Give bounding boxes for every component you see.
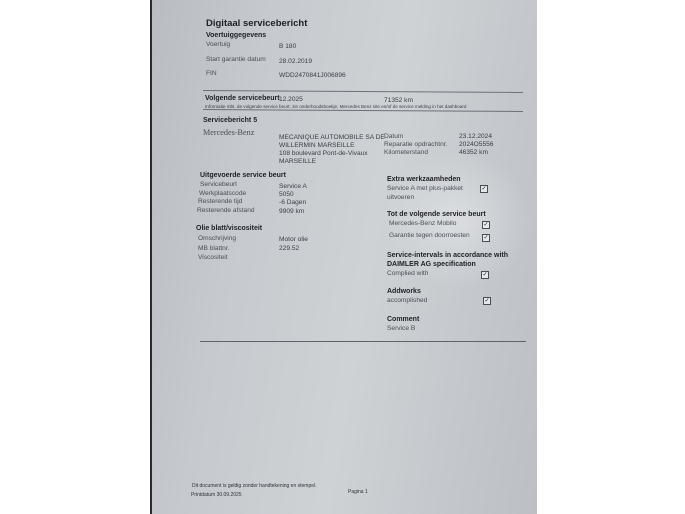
remaining-time-label: Resterende tijd bbox=[198, 198, 242, 205]
validity-note: Dit document is geldig zonder handtekeni… bbox=[192, 483, 317, 489]
vehicle-section-heading: Voertuiggegevens bbox=[206, 32, 266, 39]
intervals-heading-line-2: DAIMLER AG specification bbox=[387, 261, 476, 268]
section-divider bbox=[200, 341, 526, 342]
intervals-heading-line-1: Service-intervals in accordance with bbox=[387, 252, 508, 259]
extra-work-checkbox: ✓ bbox=[480, 185, 488, 193]
extra-work-heading: Extra werkzaamheden bbox=[387, 176, 461, 183]
service-type-value: Service A bbox=[279, 183, 307, 190]
mobilo-label: Mercedes-Benz Mobilo bbox=[389, 220, 456, 227]
viscosity-label: Viscositeit bbox=[198, 254, 228, 261]
fin-value: WDD2470841J006896 bbox=[279, 72, 346, 79]
mobilo-checkbox: ✓ bbox=[482, 221, 490, 229]
repair-order-value: 2024O5556 bbox=[459, 141, 493, 148]
intervals-status-label: Complied with bbox=[387, 270, 428, 277]
vehicle-value: B 180 bbox=[279, 43, 296, 50]
addworks-heading: Addworks bbox=[387, 288, 421, 295]
brand-name: Mercedes-Benz bbox=[203, 128, 254, 137]
service-type-label: Servicebeurt bbox=[200, 181, 237, 188]
next-service-note: Informatie mbt. de volgende service beur… bbox=[205, 104, 467, 109]
repair-order-label: Reparatie opdrachtnr. bbox=[384, 141, 447, 148]
mileage-label: Kilometerstand bbox=[384, 149, 428, 156]
oil-description-label: Omschrijving bbox=[198, 235, 236, 242]
next-service-label: Volgende servicebeurt bbox=[205, 95, 280, 102]
remaining-distance-label: Resterende afstand bbox=[197, 207, 255, 214]
date-value: 23.12.2024 bbox=[459, 133, 492, 140]
dealer-line-1: MECANIQUE AUTOMOBILE SA DE bbox=[279, 134, 385, 141]
service-report-heading: Servicebericht 5 bbox=[203, 117, 257, 124]
rust-warranty-label: Garantie tegen doorroesten bbox=[389, 232, 470, 239]
page-number: Pagina 1 bbox=[348, 489, 368, 495]
dealer-line-2: WILLERMIN MARSEILLE bbox=[279, 142, 354, 149]
comment-text: Service B bbox=[387, 325, 415, 332]
workshop-code-value: 5050 bbox=[279, 191, 294, 198]
mb-sheet-number-value: 229.52 bbox=[279, 245, 299, 252]
rust-warranty-checkbox: ✓ bbox=[482, 234, 490, 242]
until-next-heading: Tot de volgende service beurt bbox=[387, 211, 486, 218]
dealer-line-4: MARSEILLE bbox=[279, 158, 316, 165]
remaining-time-value: -6 Dagen bbox=[279, 199, 306, 206]
remaining-distance-value: 9909 km bbox=[279, 208, 304, 215]
addworks-checkbox: ✓ bbox=[483, 297, 491, 305]
extra-work-item-line-2: uitvoeren bbox=[387, 194, 414, 201]
mileage-value: 46352 km bbox=[459, 149, 488, 156]
extra-work-item-line-1: Service A met plus-pakket bbox=[387, 185, 463, 192]
document-title: Digitaal servicebericht bbox=[206, 18, 307, 29]
fin-label: FIN bbox=[206, 70, 217, 77]
workshop-code-label: Werkplaatscode bbox=[199, 190, 246, 197]
vehicle-label: Voertuig bbox=[206, 41, 230, 48]
intervals-checkbox: ✓ bbox=[481, 271, 489, 279]
warranty-start-value: 28.02.2019 bbox=[279, 58, 312, 65]
mb-sheet-number-label: MB blattnr. bbox=[198, 245, 230, 252]
comment-heading: Comment bbox=[387, 316, 419, 323]
date-label: Datum bbox=[384, 133, 403, 140]
next-service-date: 12.2025 bbox=[279, 96, 303, 103]
addworks-status-label: accomplished bbox=[387, 297, 427, 304]
oil-description-value: Motor olie bbox=[279, 236, 308, 243]
oil-heading: Olie blatt/viscositeit bbox=[196, 225, 262, 232]
print-date: Printdatum 30.09.2025 bbox=[191, 492, 242, 498]
next-service-distance: 71352 km bbox=[384, 97, 413, 104]
performed-service-heading: Uitgevoerde service beurt bbox=[200, 172, 286, 179]
warranty-start-label: Start garantie datum bbox=[206, 56, 266, 63]
dealer-line-3: 108 boulevard Pont-de-Vivaux bbox=[279, 150, 368, 157]
